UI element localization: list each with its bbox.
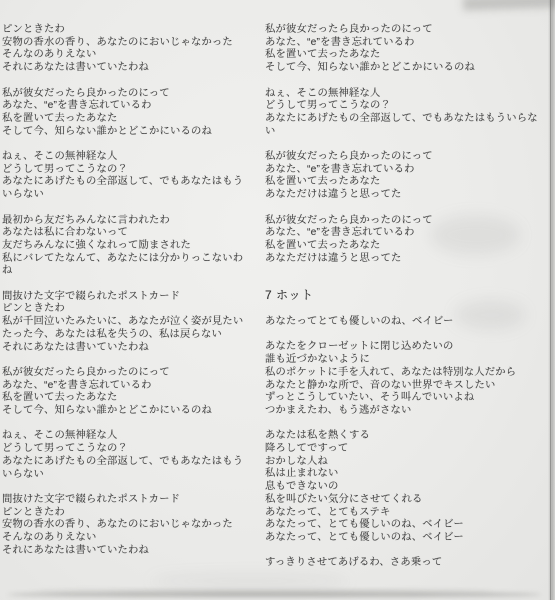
lyric-line: あなた、“e”を書き忘れているわ bbox=[2, 100, 252, 113]
lyric-line: 私が千回泣いたみたいに、あなたが泣く姿が見たい bbox=[2, 316, 252, 329]
lyric-line: 私にバレてたなんて、あなたには分かりっこないわね bbox=[2, 253, 252, 278]
lyric-line: 私を置いて去ったあなた bbox=[265, 176, 541, 189]
lyric-line: どうして男ってこうなの？ bbox=[265, 100, 541, 113]
lyric-line: そして今、知らない誰かとどこかにいるのね bbox=[2, 405, 252, 418]
page-edge-right-line bbox=[550, 0, 552, 600]
lyric-line: 安物の香水の香り、あなたのにおいじゃなかった bbox=[2, 37, 252, 50]
lyric-line: つかまえたわ、もう逃がさない bbox=[265, 405, 541, 418]
lyric-line: あなた、“e”を書き忘れているわ bbox=[265, 37, 541, 50]
lyric-line: おかしな人ね bbox=[265, 456, 541, 469]
lyric-line: あなた、“e”を書き忘れているわ bbox=[2, 380, 252, 393]
lyric-line: ねぇ、そこの無神経な人 bbox=[2, 151, 252, 164]
lyric-line: 私を叫びたい気分にさせてくれる bbox=[265, 494, 541, 507]
lyric-line: どうして男ってこうなの？ bbox=[2, 443, 252, 456]
lyric-line: それにあなたは書いていたわね bbox=[2, 62, 252, 75]
page-edge-bottom-shadow bbox=[8, 592, 541, 597]
lyric-line: あなただけは違うと思ってた bbox=[265, 253, 541, 266]
lyric-line: ねぇ、そこの無神経な人 bbox=[265, 88, 541, 101]
lyric-stanza: あなたをクローゼットに閉じ込めたいの誰も近づかないように私のポケットに手を入れて… bbox=[265, 341, 541, 417]
lyric-stanza: 私が彼女だったら良かったのにってあなた、“e”を書き忘れているわ私を置いて去った… bbox=[2, 88, 252, 139]
scan-smudge bbox=[455, 300, 525, 330]
lyric-line: あなたと静かな所で、音のない世界でキスしたい bbox=[265, 380, 541, 393]
lyric-line: あなたをクローゼットに閉じ込めたいの bbox=[265, 341, 541, 354]
scan-smudge bbox=[150, 575, 350, 587]
lyric-stanza: 間抜けた文字で綴られたポストカードピンときたわ私が千回泣いたみたいに、あなたが泣… bbox=[2, 291, 252, 355]
lyric-stanza: 私が彼女だったら良かったのにってあなた、“e”を書き忘れているわ私を置いて去った… bbox=[2, 367, 252, 418]
lyric-line: あなたって、とても優しいのね、ベイビー bbox=[265, 532, 541, 545]
lyric-line: すっきりさせてあげるわ、さあ乗って bbox=[265, 557, 541, 570]
lyric-stanza: 私が彼女だったら良かったのにってあなた、“e”を書き忘れているわ私を置いて去った… bbox=[265, 151, 541, 202]
lyric-line: 私を置いて去ったあなた bbox=[2, 392, 252, 405]
lyric-line: 友だちみんなに強くなれって励まされた bbox=[2, 240, 252, 253]
lyric-line: ずっとこうしていたい、そう叫んでいいよね bbox=[265, 392, 541, 405]
left-lyrics-column: ピンときたわ安物の香水の香り、あなたのにおいじゃなかったそんなのありえないそれに… bbox=[2, 24, 252, 570]
lyric-line: ピンときたわ bbox=[2, 507, 252, 520]
lyric-line: そして今、知らない誰かとどこかにいるのね bbox=[265, 62, 541, 75]
lyric-line: それにあなたは書いていたわね bbox=[2, 545, 252, 558]
lyric-line: あなたって、とてもステキ bbox=[265, 507, 541, 520]
lyric-stanza: ピンときたわ安物の香水の香り、あなたのにおいじゃなかったそんなのありえないそれに… bbox=[2, 24, 252, 75]
lyric-line: そんなのありえない bbox=[2, 49, 252, 62]
lyric-line: 最初から友だちみんなに言われたわ bbox=[2, 215, 252, 228]
lyric-line: あなたは私を熱くする bbox=[265, 430, 541, 443]
scanned-lyrics-page: ピンときたわ安物の香水の香り、あなたのにおいじゃなかったそんなのありえないそれに… bbox=[0, 0, 555, 600]
lyric-line: あなた、“e”を書き忘れているわ bbox=[265, 164, 541, 177]
lyric-line: どうして男ってこうなの？ bbox=[2, 164, 252, 177]
lyric-line: たった今、あなたは私を失うの、私は戻らない bbox=[2, 329, 252, 342]
lyric-line: あなたにあげたもの全部返して、でもあなたはもういらない bbox=[2, 176, 252, 201]
lyric-line: あなたにあげたもの全部返して、でもあなたはもういらない bbox=[2, 456, 252, 481]
lyric-line: 私を置いて去ったあなた bbox=[265, 49, 541, 62]
lyric-line: そんなのありえない bbox=[2, 532, 252, 545]
scan-smudge bbox=[430, 215, 520, 255]
lyric-line: 誰も近づかないように bbox=[265, 354, 541, 367]
lyric-line: 私が彼女だったら良かったのにって bbox=[2, 88, 252, 101]
lyric-line: 息もできないの bbox=[265, 481, 541, 494]
lyric-stanza: 間抜けた文字で綴られたポストカードピンときたわ安物の香水の香り、あなたのにおいじ… bbox=[2, 494, 252, 558]
lyric-line: それにあなたは書いていたわね bbox=[2, 342, 252, 355]
lyric-line: あなたにあげたもの全部返して、でもあなたはもういらない bbox=[265, 113, 541, 138]
lyric-line: 安物の香水の香り、あなたのにおいじゃなかった bbox=[2, 519, 252, 532]
lyric-line: 私を置いて去ったあなた bbox=[2, 113, 252, 126]
lyric-line: そして今、知らない誰かとどこかにいるのね bbox=[2, 126, 252, 139]
lyric-line: あなただけは違うと思ってた bbox=[265, 189, 541, 202]
lyric-stanza: 私が彼女だったら良かったのにってあなた、“e”を書き忘れているわ私を置いて去った… bbox=[265, 24, 541, 75]
lyric-line: 間抜けた文字で綴られたポストカード bbox=[2, 494, 252, 507]
lyric-line: ねぇ、そこの無神経な人 bbox=[2, 430, 252, 443]
lyric-stanza: 最初から友だちみんなに言われたわあなたは私に合わないって友だちみんなに強くなれっ… bbox=[2, 215, 252, 279]
lyric-stanza: ねぇ、そこの無神経な人どうして男ってこうなの？あなたにあげたもの全部返して、でも… bbox=[2, 151, 252, 202]
lyric-line: 私が彼女だったら良かったのにって bbox=[265, 24, 541, 37]
lyric-line: あなたは私に合わないって bbox=[2, 227, 252, 240]
lyric-stanza: ねぇ、そこの無神経な人どうして男ってこうなの？あなたにあげたもの全部返して、でも… bbox=[2, 430, 252, 481]
lyric-line: 間抜けた文字で綴られたポストカード bbox=[2, 291, 252, 304]
scan-smudge-top-right bbox=[463, 0, 555, 11]
lyric-line: 私のポケットに手を入れて、あなたは特別な人だから bbox=[265, 367, 541, 380]
lyric-line: ピンときたわ bbox=[2, 24, 252, 37]
lyric-line: 私が彼女だったら良かったのにって bbox=[2, 367, 252, 380]
lyric-line: 私が彼女だったら良かったのにって bbox=[265, 151, 541, 164]
lyric-line: あなたって、とても優しいのね、ベイビー bbox=[265, 519, 541, 532]
lyric-stanza: ねぇ、そこの無神経な人どうして男ってこうなの？あなたにあげたもの全部返して、でも… bbox=[265, 88, 541, 139]
lyric-stanza: すっきりさせてあげるわ、さあ乗って bbox=[265, 557, 541, 570]
lyric-line: ピンときたわ bbox=[2, 303, 252, 316]
lyric-line: 私は止まれない bbox=[265, 468, 541, 481]
lyric-line: 降ろしてですって bbox=[265, 443, 541, 456]
lyric-stanza: あなたは私を熱くする降ろしてですっておかしな人ね私は止まれない息もできないの私を… bbox=[265, 430, 541, 544]
